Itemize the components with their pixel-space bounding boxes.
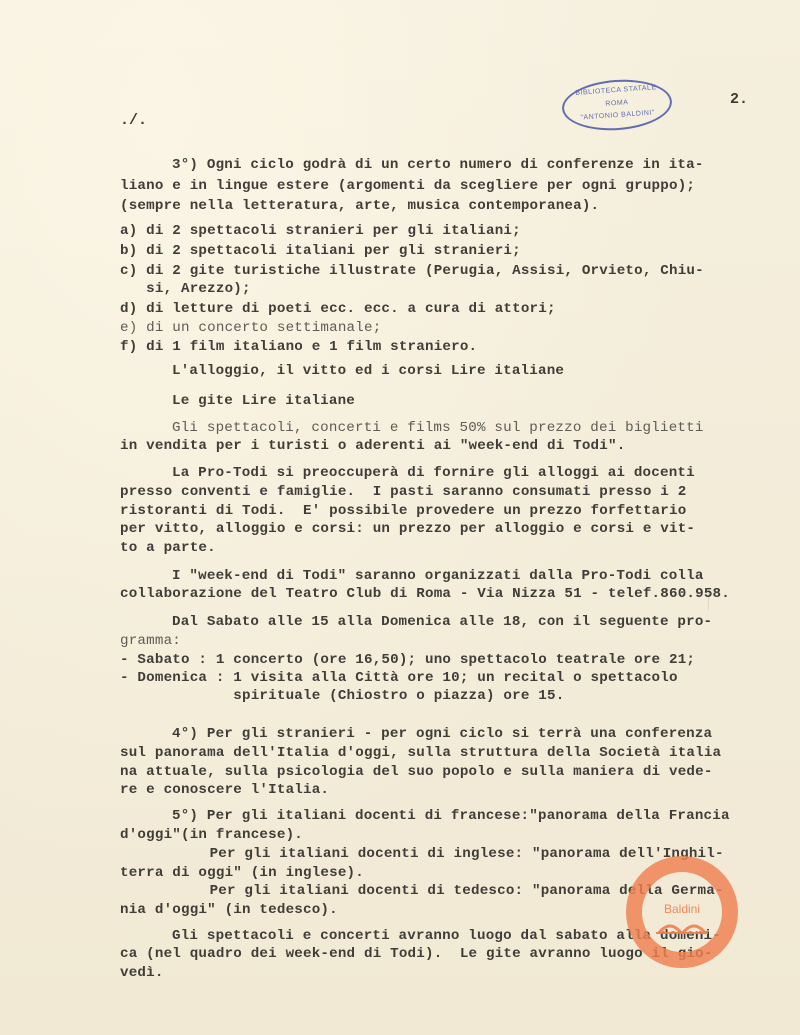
text-line: na attuale, sulla psicologia del suo pop… — [120, 764, 713, 780]
schedule-item: - Sabato : 1 concerto (ore 16,50); uno s… — [120, 652, 695, 668]
schedule-item: spirituale (Chiostro o piazza) ore 15. — [120, 688, 564, 704]
text-line: terra di oggi" (in inglese). — [120, 865, 364, 881]
stamp-line-3: "ANTONIO BALDINI" — [565, 108, 671, 122]
library-stamp: BIBLIOTECA STATALE ROMA "ANTONIO BALDINI… — [560, 76, 673, 134]
text-line: 4°) Per gli stranieri - per ogni ciclo s… — [172, 726, 712, 742]
continuation-mark: ./. — [120, 112, 147, 129]
text-line: vedì. — [120, 965, 164, 981]
list-item: b) di 2 spettacoli italiani per gli stra… — [120, 243, 521, 259]
stamp-line-1: BIBLIOTECA STATALE — [563, 83, 669, 97]
list-item: e) di un concerto settimanale; — [120, 320, 381, 336]
text-line: ristoranti di Todi. E' possibile provede… — [120, 503, 686, 519]
text-line: Le gite Lire italiane — [172, 393, 355, 409]
document-page: BIBLIOTECA STATALE ROMA "ANTONIO BALDINI… — [0, 0, 800, 1035]
baldini-watermark: Baldini — [626, 856, 738, 968]
text-line: re e conoscere l'Italia. — [120, 782, 329, 798]
arches-icon — [656, 920, 708, 934]
text-line: 5°) Per gli italiani docenti di francese… — [172, 808, 730, 824]
paper-crease — [708, 590, 709, 610]
text-line: in vendita per i turisti o aderenti ai "… — [120, 438, 625, 454]
text-line: Dal Sabato alle 15 alla Domenica alle 18… — [172, 614, 712, 630]
text-line: liano e in lingue estere (argomenti da s… — [120, 178, 695, 194]
list-item: c) di 2 gite turistiche illustrate (Peru… — [120, 263, 704, 279]
text-line: sul panorama dell'Italia d'oggi, sulla s… — [120, 745, 721, 761]
text-line: L'alloggio, il vitto ed i corsi Lire ita… — [172, 363, 564, 379]
schedule-item: - Domenica : 1 visita alla Città ore 10;… — [120, 670, 678, 686]
list-item: a) di 2 spettacoli stranieri per gli ita… — [120, 223, 521, 239]
text-line: I "week-end di Todi" saranno organizzati… — [172, 568, 704, 584]
text-line: presso conventi e famiglie. I pasti sara… — [120, 484, 686, 500]
text-line: per vitto, alloggio e corsi: un prezzo p… — [120, 521, 695, 537]
text-line: 3°) Ogni ciclo godrà di un certo numero … — [172, 157, 704, 173]
text-line: collaborazione del Teatro Club di Roma -… — [120, 586, 730, 602]
watermark-label: Baldini — [626, 902, 738, 916]
text-line: nia d'oggi" (in tedesco). — [120, 902, 338, 918]
text-line: ca (nel quadro dei week-end di Todi). Le… — [120, 946, 713, 962]
text-line: Gli spettacoli, concerti e films 50% sul… — [172, 420, 704, 436]
text-line: d'oggi"(in francese). — [120, 827, 303, 843]
text-line: to a parte. — [120, 540, 216, 556]
list-item: f) di 1 film italiano e 1 film straniero… — [120, 339, 477, 355]
list-item: si, Arezzo); — [120, 281, 251, 297]
text-line: gramma: — [120, 633, 181, 649]
page-number: 2. — [730, 91, 748, 108]
list-item: d) di letture di poeti ecc. ecc. a cura … — [120, 301, 556, 317]
text-line: La Pro-Todi si preoccuperà di fornire gl… — [172, 465, 695, 481]
text-line: (sempre nella letteratura, arte, musica … — [120, 198, 599, 214]
